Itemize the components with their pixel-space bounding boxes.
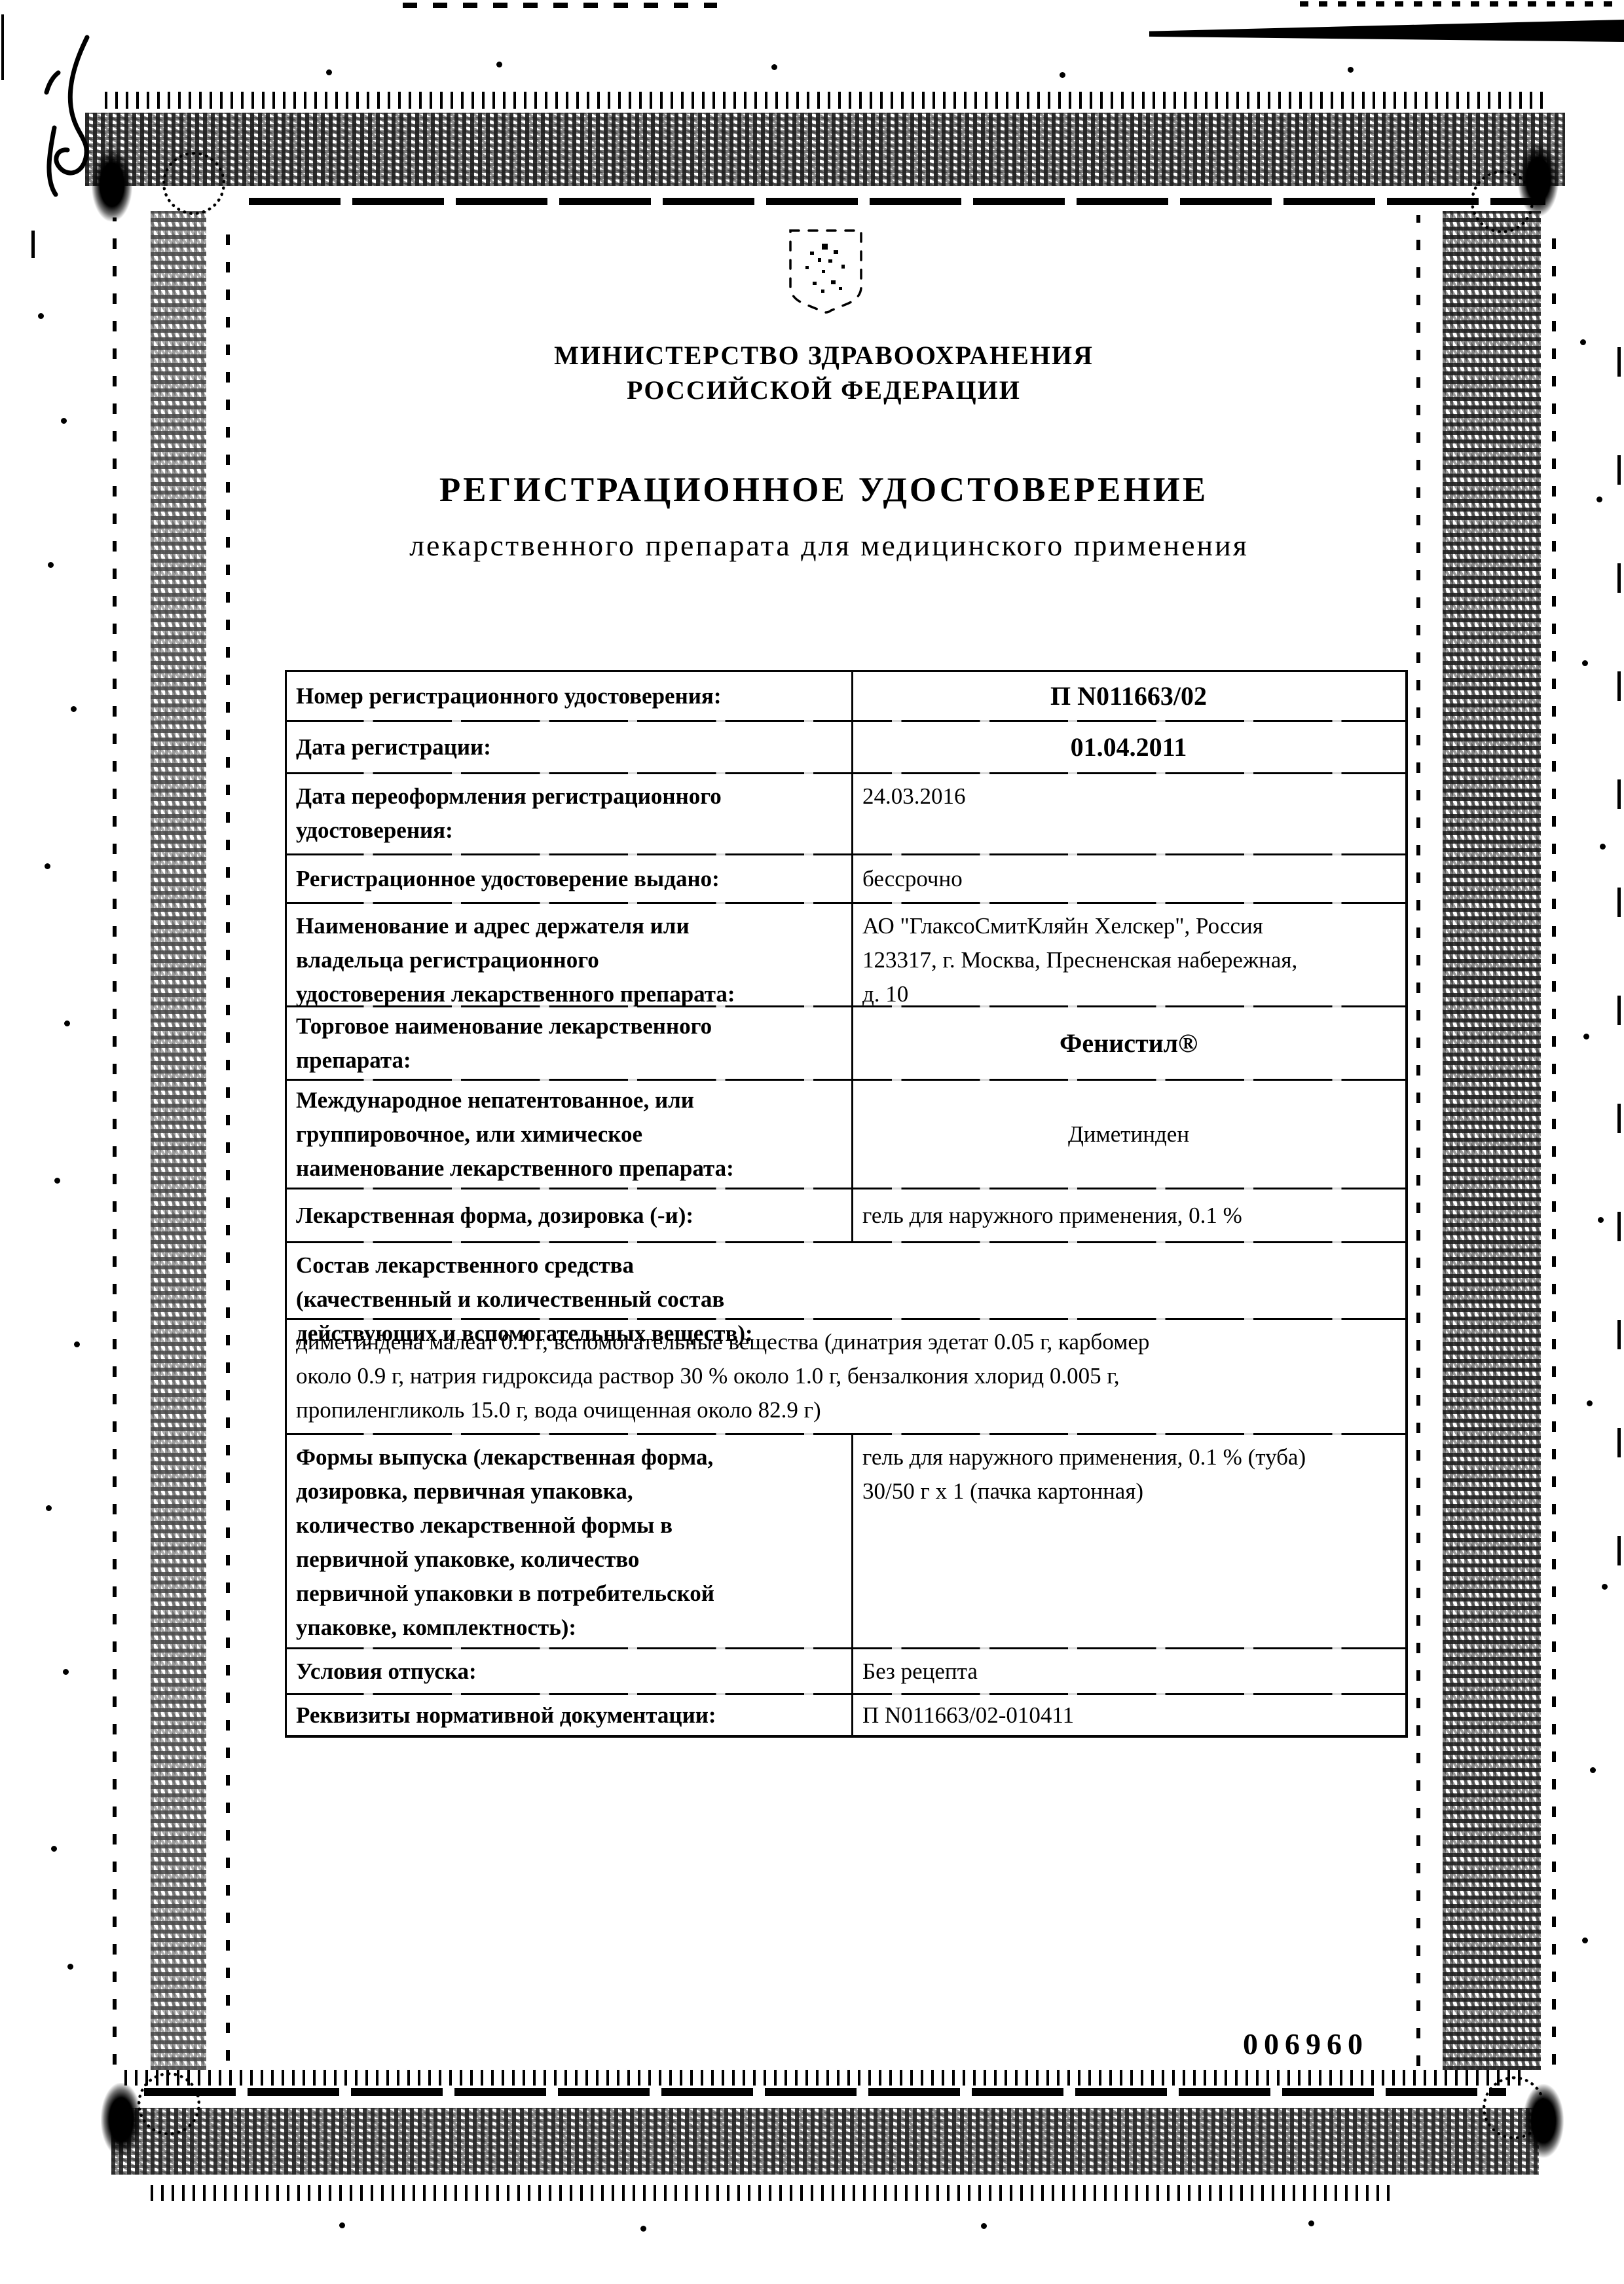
frame-rule [144, 2088, 1506, 2096]
frame-dash-column [1552, 224, 1556, 2065]
frame-ornament [111, 2108, 1539, 2175]
scan-edge-dashes-left [403, 3, 717, 8]
row-inn-name: Международное непатентованное, или групп… [287, 1079, 1405, 1188]
row-value: АО "ГлаксоСмитКляйн Хелскер", Россия 123… [851, 904, 1405, 1005]
scan-edge-line [1, 14, 4, 80]
frame-dash-column [1416, 215, 1420, 2066]
document-subtitle: лекарственного препарата для медицинског… [409, 528, 1249, 563]
row-composition-text: диметиндена малеат 0.1 г, вспомогательны… [287, 1318, 1405, 1433]
frame-ticks [151, 2185, 1395, 2201]
row-label: Формы выпуска (лекарственная форма, дози… [287, 1435, 851, 1645]
row-holder-name-address: Наименование и адрес держателя или владе… [287, 902, 1405, 1005]
corner-blob [101, 2083, 141, 2156]
row-label: Реквизиты нормативной документации: [287, 1698, 851, 1732]
scan-smudge-streak [1149, 20, 1624, 42]
row-label: Условия отпуска: [287, 1655, 851, 1689]
row-value: диметиндена малеат 0.1 г, вспомогательны… [287, 1320, 1405, 1427]
frame-ticks [105, 92, 1545, 109]
scan-margin-tick [31, 231, 35, 258]
row-value: П N011663/02 [851, 672, 1405, 720]
rosette-ring [1471, 170, 1534, 233]
row-label: Дата переоформления регистрационного удо… [287, 774, 851, 848]
row-issued-validity: Регистрационное удостоверение выдано: бе… [287, 853, 1405, 902]
frame-rule [249, 198, 1545, 205]
frame-corner-rosette [97, 2049, 208, 2160]
scan-noise-speckles [0, 0, 3, 3]
row-label: Регистрационное удостоверение выдано: [287, 862, 851, 896]
shield-icon [784, 227, 868, 318]
row-label: Лекарственная форма, дозировка (-и): [287, 1199, 851, 1233]
rosette-ring [162, 152, 225, 215]
frame-corner-rosette [1452, 130, 1564, 241]
frame-dash-column [226, 227, 230, 2061]
frame-bottom-band [85, 2070, 1565, 2204]
certificate-page: МИНИСТЕРСТВО ЗДРАВООХРАНЕНИЯ РОССИЙСКОЙ … [0, 0, 1624, 2284]
row-label: Торговое наименование лекарственного пре… [287, 1009, 851, 1077]
rosette-ring [1483, 2076, 1545, 2139]
frame-ornament [1443, 211, 1541, 2070]
frame-top-band [85, 92, 1565, 216]
row-value: Фенистил® [851, 1007, 1405, 1079]
row-registration-date: Дата регистрации: 01.04.2011 [287, 720, 1405, 772]
scan-edge-dashes-right [1300, 1, 1614, 7]
ministry-header: МИНИСТЕРСТВО ЗДРАВООХРАНЕНИЯ РОССИЙСКОЙ … [554, 338, 1094, 407]
ministry-line1: МИНИСТЕРСТВО ЗДРАВООХРАНЕНИЯ [554, 338, 1094, 373]
document-title: РЕГИСТРАЦИОННОЕ УДОСТОВЕРЕНИЕ [439, 470, 1208, 510]
row-value: 24.03.2016 [851, 774, 1405, 853]
frame-ornament [151, 211, 206, 2070]
frame-dash-column [113, 217, 117, 2065]
ministry-line2: РОССИЙСКОЙ ФЕДЕРАЦИИ [554, 373, 1094, 407]
rosette-ring [138, 2072, 200, 2135]
row-label: Международное непатентованное, или групп… [287, 1083, 851, 1186]
registration-table: Номер регистрационного удостоверения: П … [285, 670, 1408, 1738]
frame-ornament [85, 113, 1565, 186]
row-value: 01.04.2011 [851, 722, 1405, 772]
coat-of-arms-emblem [784, 227, 868, 318]
row-release-forms: Формы выпуска (лекарственная форма, дози… [287, 1433, 1405, 1647]
row-value: П N011663/02-010411 [851, 1695, 1405, 1735]
row-dosage-form: Лекарственная форма, дозировка (-и): гел… [287, 1188, 1405, 1241]
row-value: гель для наружного применения, 0.1 % [851, 1189, 1405, 1241]
row-value: Без рецепта [851, 1649, 1405, 1693]
row-value: Диметинден [851, 1081, 1405, 1188]
corner-blob [92, 148, 132, 221]
row-normative-documentation: Реквизиты нормативной документации: П N0… [287, 1693, 1405, 1735]
frame-corner-rosette [90, 136, 202, 248]
frame-right-band [1411, 211, 1565, 2070]
row-dispensing-conditions: Условия отпуска: Без рецепта [287, 1647, 1405, 1693]
row-reissue-date: Дата переоформления регистрационного удо… [287, 772, 1405, 853]
row-certificate-number: Номер регистрационного удостоверения: П … [287, 672, 1405, 720]
row-value: гель для наружного применения, 0.1 % (ту… [851, 1435, 1405, 1647]
frame-left-band [85, 211, 282, 2070]
scan-right-edge-dashes [1617, 321, 1621, 1565]
frame-ticks [124, 2070, 1526, 2086]
row-label: Наименование и адрес держателя или владе… [287, 904, 851, 1011]
row-value: бессрочно [851, 855, 1405, 902]
row-composition-header: Состав лекарственного средства (качестве… [287, 1241, 1405, 1318]
row-label: Дата регистрации: [287, 730, 851, 764]
row-trade-name: Торговое наименование лекарственного пре… [287, 1005, 1405, 1079]
row-label: Номер регистрационного удостоверения: [287, 679, 851, 713]
serial-number: 006960 [1243, 2027, 1369, 2061]
frame-corner-rosette [1455, 2048, 1566, 2159]
